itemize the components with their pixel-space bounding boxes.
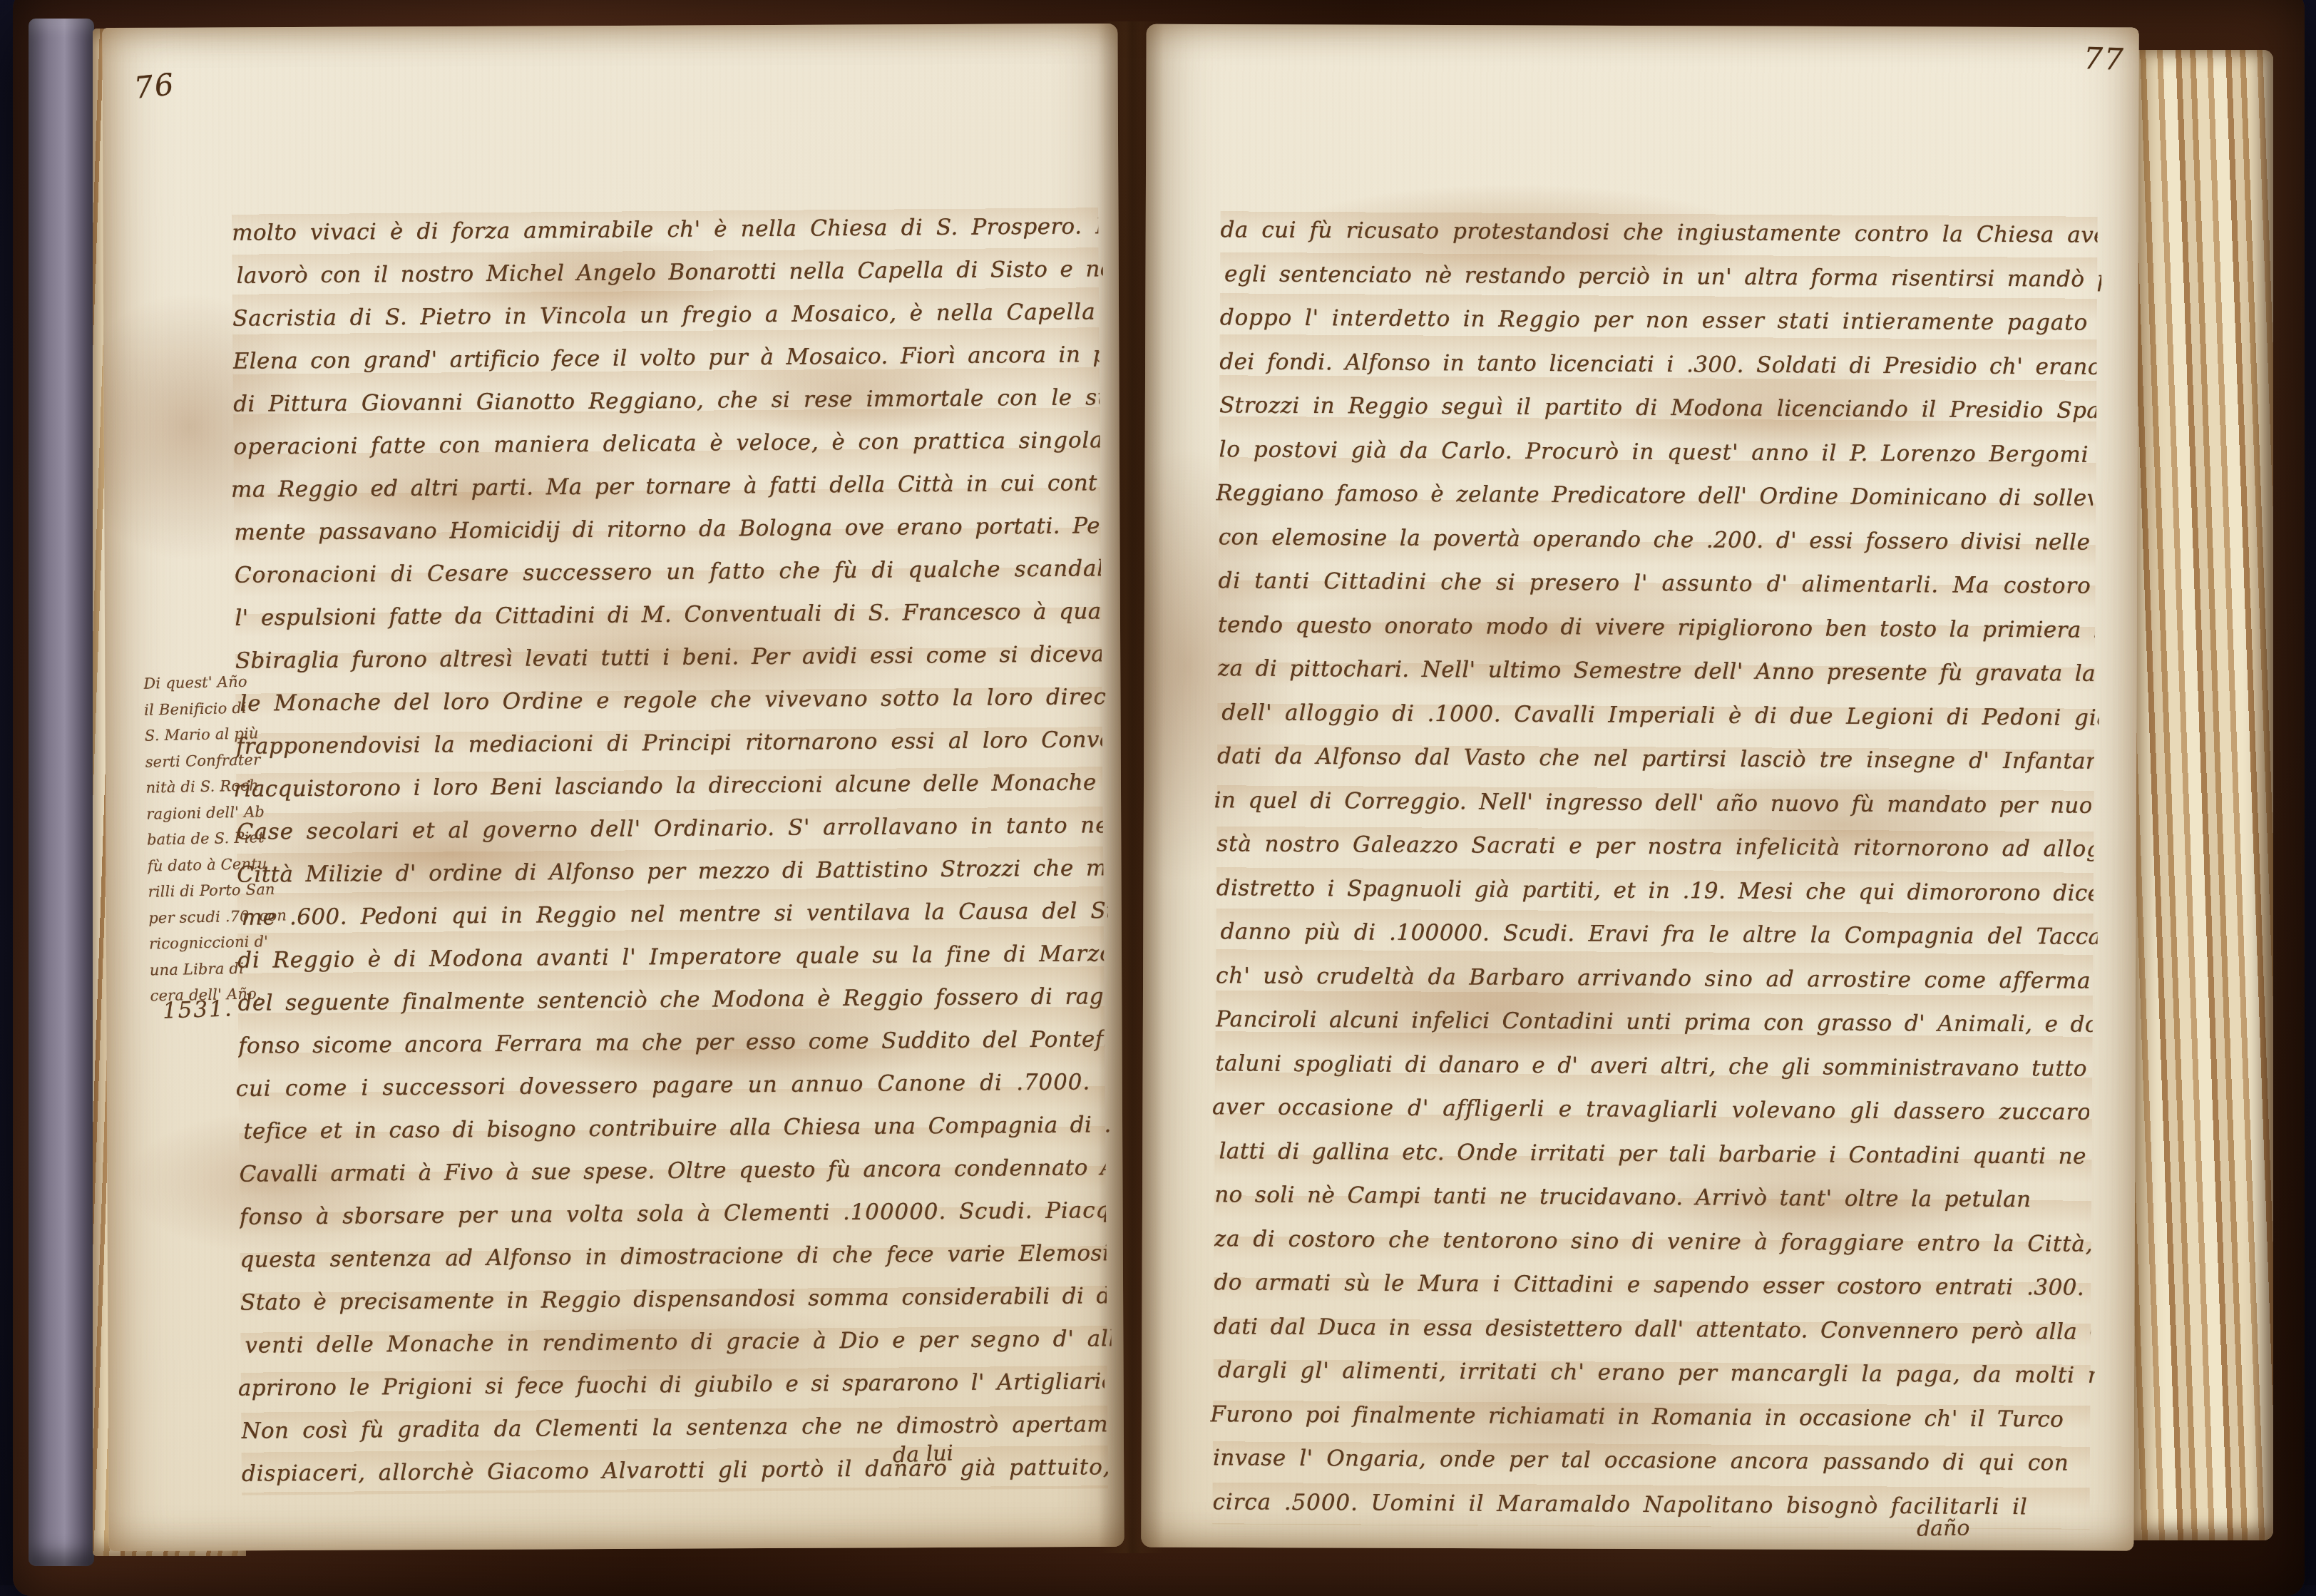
manuscript-line: invase l' Ongaria, onde per tal occasion…: [1213, 1436, 2090, 1485]
manuscript-line: ch' usò crudeltà da Barbaro arrivando si…: [1216, 954, 2093, 1003]
manuscript-line: doppo l' interdetto in Reggio per non es…: [1220, 296, 2097, 345]
manuscript-line: dell' alloggio di .1000. Cavalli Imperia…: [1221, 691, 2099, 740]
manuscript-line: lo postovi già da Carlo. Procurò in ques…: [1219, 428, 2096, 477]
manuscript-line: dei fondi. Alfonso in tanto licenciati i…: [1219, 340, 2096, 389]
manuscript-line: latti di gallina etc. Onde irritati per …: [1219, 1130, 2096, 1179]
page-number-right: 77: [2083, 41, 2125, 77]
manuscript-line: l' espulsioni fatte da Cittadini di M. C…: [235, 590, 1101, 640]
manuscript-line: Furono poi finalmente richiamati in Roma…: [1210, 1393, 2087, 1442]
manuscript-line: do armati sù le Mura i Cittadini e sapen…: [1214, 1261, 2091, 1310]
page-number-left: 76: [133, 66, 177, 106]
manuscript-line: del seguente finalmente sentenciò che Mo…: [237, 975, 1104, 1025]
manuscript-line: di Reggio è di Modona avanti l' Imperato…: [237, 932, 1104, 982]
manuscript-line: Reggiano famoso è zelante Predicatore de…: [1216, 471, 2093, 521]
spine-edge: [29, 19, 94, 1566]
manuscript-line: me .600. Pedoni qui in Reggio nel mentre…: [241, 889, 1107, 939]
manuscript-line: Sbiraglia furono altresì levati tutti i …: [235, 633, 1102, 682]
manuscript-line: Coronacioni di Cesare successero un fatt…: [235, 547, 1101, 597]
manuscript-line: taluni spogliati di danaro e d' averi al…: [1215, 1042, 2092, 1091]
manuscript-text-right: da cui fù ricusato protestandosi che ing…: [1212, 208, 2097, 1529]
manuscript-line: lavorò con il nostro Michel Angelo Bonar…: [236, 247, 1102, 297]
catchword-right: daño: [1917, 1515, 1970, 1541]
manuscript-line: Elena con grand' artificio fece il volto…: [232, 333, 1099, 383]
manuscript-line: Cavalli armati à Fivo à sue spese. Oltre…: [239, 1146, 1105, 1196]
manuscript-line: riacquistorono i loro Beni lasciando la …: [233, 761, 1100, 811]
manuscript-line: aprirono le Prigioni si fece fuochi di g…: [238, 1360, 1105, 1410]
manuscript-line: di Pittura Giovanni Gianotto Reggiano, c…: [233, 376, 1100, 426]
manuscript-line: stà nostro Galeazzo Sacrati e per nostra…: [1216, 822, 2094, 871]
manuscript-line: fonso à sborsare per una volta sola à Cl…: [240, 1189, 1106, 1239]
manuscript-photo: 76 Di quest' Añoil Benificio diS. Mario …: [0, 0, 2316, 1585]
manuscript-line: egli sentenciato nè restando perciò in u…: [1224, 252, 2101, 302]
manuscript-line: Strozzi in Reggio seguì il partito di Mo…: [1219, 384, 2096, 433]
manuscript-line: le Monache del loro Ordine e regole che …: [240, 675, 1106, 725]
manuscript-line: no soli nè Campi tanti ne trucidavano. A…: [1214, 1173, 2091, 1222]
manuscript-line: mente passavano Homicidij di ritorno da …: [234, 504, 1100, 554]
manuscript-line: Case secolari et al governo dell' Ordina…: [237, 804, 1103, 854]
manuscript-line: cui come i successori dovessero pagare u…: [235, 1060, 1102, 1110]
catchword-left: da lui: [892, 1441, 953, 1468]
book-gutter: [1098, 21, 1164, 1553]
manuscript-line: Stato è precisamente in Reggio dispensan…: [240, 1274, 1107, 1324]
manuscript-line: Città Milizie d' ordine di Alfonso per m…: [237, 846, 1103, 896]
manuscript-line: za di costoro che tentorono sino di veni…: [1214, 1217, 2091, 1267]
manuscript-line: in quel di Correggio. Nell' ingresso del…: [1214, 779, 2091, 828]
manuscript-line: Sacristia di S. Pietro in Vincola un fre…: [232, 290, 1099, 340]
manuscript-line: frapponendovisi la mediacioni di Princip…: [236, 718, 1102, 768]
manuscript-line: con elemosine la povertà operando che .2…: [1219, 516, 2096, 565]
manuscript-line: dispiaceri, allorchè Giacomo Alvarotti g…: [242, 1446, 1108, 1495]
manuscript-line: distretto i Spagnuoli già partiti, et in…: [1216, 866, 2094, 916]
manuscript-line: Non così fù gradita da Clementi la sente…: [241, 1403, 1107, 1453]
manuscript-line: za di pittochari. Nell' ultimo Semestre …: [1218, 647, 2095, 696]
manuscript-line: dargli gl' alimenti, irritati ch' erano …: [1218, 1349, 2095, 1398]
manuscript-line: operacioni fatte con maniera delicata è …: [233, 419, 1100, 469]
manuscript-text-left: molto vivaci è di forza ammirabile ch' è…: [232, 205, 1108, 1495]
manuscript-line: molto vivaci è di forza ammirabile ch' è…: [232, 205, 1098, 255]
manuscript-line: tendo questo onorato modo di vivere ripi…: [1218, 603, 2095, 653]
manuscript-line: Panciroli alcuni infelici Contadini unti…: [1216, 998, 2093, 1047]
stacked-fore-edge-right: [2133, 50, 2273, 1540]
manuscript-line: di tanti Cittadini che si presero l' ass…: [1218, 559, 2095, 608]
manuscript-line: ma Reggio ed altri parti. Ma per tornare…: [231, 461, 1097, 511]
manuscript-line: da cui fù ricusato protestandosi che ing…: [1220, 208, 2097, 257]
manuscript-line: tefice et in caso di bisogno contribuire…: [243, 1103, 1110, 1153]
manuscript-line: venti delle Monache in rendimento di gra…: [245, 1317, 1111, 1367]
manuscript-line: fonso sicome ancora Ferrara ma che per e…: [238, 1018, 1105, 1068]
manuscript-line: dati da Alfonso dal Vasto che nel partir…: [1217, 735, 2094, 784]
manuscript-line: questa sentenza ad Alfonso in dimostraci…: [240, 1232, 1106, 1282]
manuscript-line: aver occasione d' affligerli e travaglia…: [1212, 1085, 2089, 1135]
manuscript-line: dati dal Duca in essa desistettero dall'…: [1214, 1305, 2091, 1354]
manuscript-line: danno più di .100000. Scudi. Eravi fra l…: [1220, 910, 2097, 959]
margin-year: 1531.: [162, 996, 233, 1023]
